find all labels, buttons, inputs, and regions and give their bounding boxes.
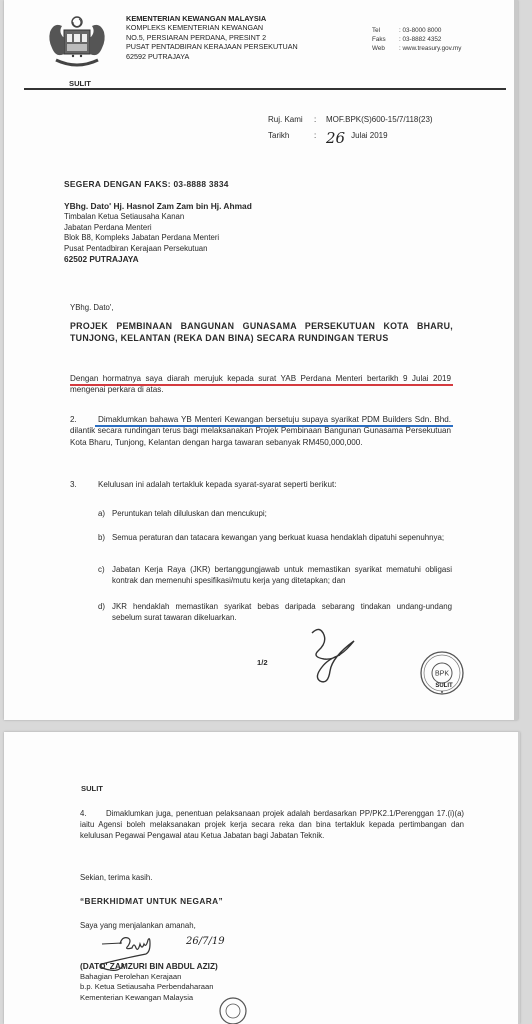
contact-fax: Faks: 03-8882 4352 [372, 35, 461, 44]
blue-underline-highlight [95, 425, 453, 427]
contact-tel: Tel: 03-8000 8000 [372, 26, 461, 35]
svg-text:BPK: BPK [435, 671, 449, 678]
page-number: 1/2 [257, 658, 268, 667]
paragraph-3: 3.Kelulusan ini adalah tertakluk kepada … [70, 479, 451, 490]
condition-item: c)Jabatan Kerja Raya (JKR) bertanggungja… [98, 564, 452, 586]
address-line: 62592 PUTRAJAYA [126, 52, 298, 61]
addressee-line: Pusat Pentadbiran Kerajaan Persekutuan [64, 244, 252, 255]
svg-text:SULIT: SULIT [435, 683, 453, 689]
addressee-postcode: 62502 PUTRAJAYA [64, 254, 252, 265]
addressee-line: Blok B8, Kompleks Jabatan Perdana Menter… [64, 233, 252, 244]
addressee-block: YBhg. Dato' Hj. Hasnol Zam Zam bin Hj. A… [64, 201, 252, 265]
classification-label: SULIT [69, 79, 91, 88]
signer-name: (DATO' ZAMZURI BIN ABDUL AZIZ) [80, 961, 218, 972]
closing-line: Sekian, terima kasih. [80, 873, 152, 882]
addressee-line: Timbalan Ketua Setiausaha Kanan [64, 212, 252, 223]
date-value: Julai 2019 [351, 128, 387, 144]
trust-line: Saya yang menjalankan amanah, [80, 921, 196, 930]
contact-web: Web: www.treasury.gov.my [372, 44, 461, 53]
letter-subject: PROJEK PEMBINAAN BANGUNAN GUNASAMA PERSE… [70, 320, 453, 345]
date-row: Tarikh : 26 Julai 2019 [268, 128, 433, 144]
malaysia-coat-of-arms-icon [42, 14, 112, 74]
handwritten-day: 26 [326, 130, 345, 146]
addressee-line: Jabatan Perdana Menteri [64, 223, 252, 234]
urgent-fax-line: SEGERA DENGAN FAKS: 03-8888 3834 [64, 179, 229, 189]
address-line: KOMPLEKS KEMENTERIAN KEWANGAN [126, 23, 298, 32]
paragraph-4: 4.Dimaklumkan juga, penentuan pelaksanaa… [80, 808, 464, 842]
condition-item: a)Peruntukan telah diluluskan dan mencuk… [98, 508, 452, 519]
contact-block: Tel: 03-8000 8000 Faks: 03-8882 4352 Web… [372, 26, 461, 54]
addressee-name: YBhg. Dato' Hj. Hasnol Zam Zam bin Hj. A… [64, 201, 252, 212]
address-line: PUSAT PENTADBIRAN KERAJAAN PERSEKUTUAN [126, 42, 298, 51]
ministry-letterhead: KEMENTERIAN KEWANGAN MALAYSIA KOMPLEKS K… [126, 14, 298, 61]
salutation: YBhg. Dato', [70, 303, 114, 312]
initial-signature-icon [300, 625, 380, 695]
paragraph-2: 2.Dimaklumkan bahawa YB Menteri Kewangan… [70, 414, 451, 448]
signer-line: b.p. Ketua Setiausaha Perbendaharaan [80, 982, 218, 992]
signer-line: Kementerian Kewangan Malaysia [80, 993, 218, 1003]
signer-line: Bahagian Perolehan Kerajaan [80, 972, 218, 982]
official-stamp-small [218, 996, 248, 1024]
header-divider [24, 88, 506, 90]
signer-block: (DATO' ZAMZURI BIN ABDUL AZIZ) Bahagian … [80, 961, 218, 1003]
signature-date: 26/7/19 [186, 936, 225, 947]
bpk-official-stamp: BPK SULIT [419, 650, 465, 696]
motto: “BERKHIDMAT UNTUK NEGARA” [80, 896, 223, 906]
reference-block: Ruj. Kami : MOF.BPK(S)600-15/7/118(23) T… [268, 112, 433, 144]
condition-item: b)Semua peraturan dan tatacara kewangan … [98, 532, 452, 543]
reference-number-row: Ruj. Kami : MOF.BPK(S)600-15/7/118(23) [268, 112, 433, 128]
red-underline-highlight [70, 384, 453, 386]
classification-label: SULIT [81, 784, 103, 793]
ministry-name: KEMENTERIAN KEWANGAN MALAYSIA [126, 14, 298, 23]
address-line: NO.5, PERSIARAN PERDANA, PRESINT 2 [126, 33, 298, 42]
reference-number: MOF.BPK(S)600-15/7/118(23) [326, 112, 433, 128]
condition-item: d)JKR hendaklah memastikan syarikat beba… [98, 601, 452, 623]
